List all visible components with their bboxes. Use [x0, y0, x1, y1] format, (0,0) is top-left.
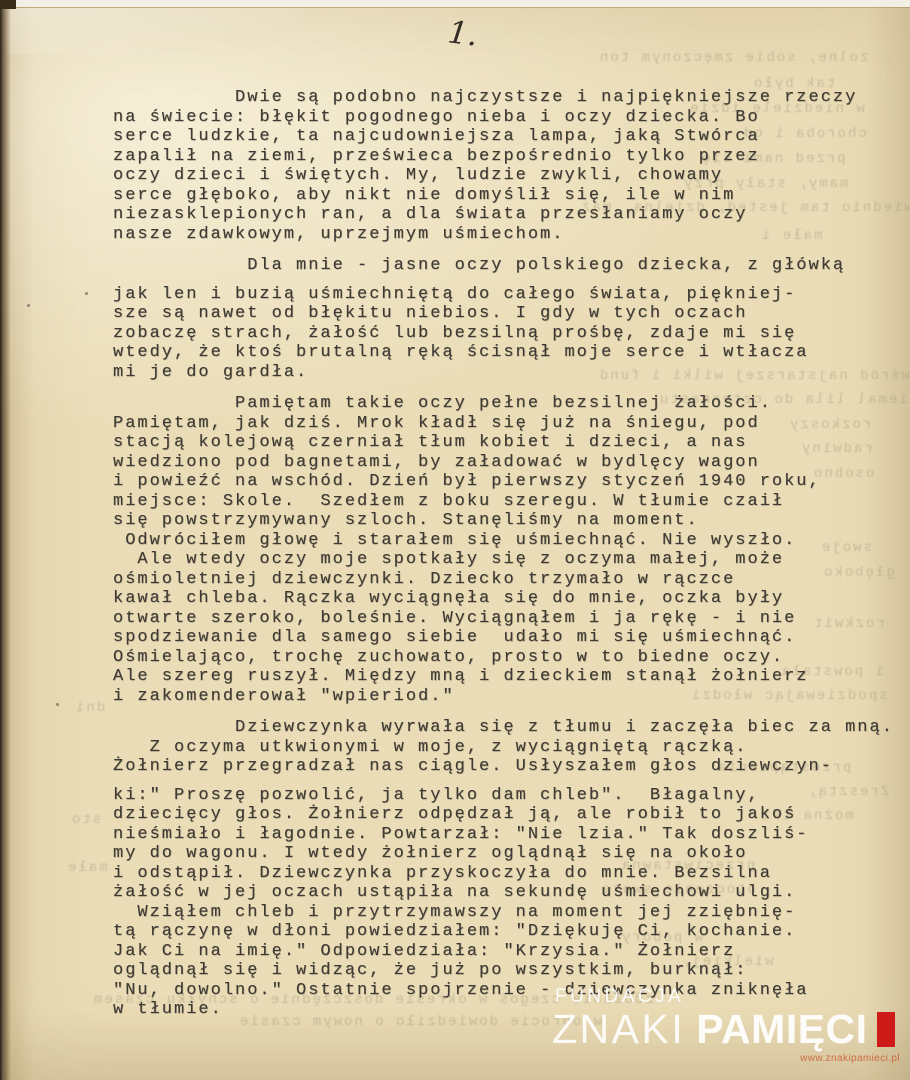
watermark-main-line: ZNAKI PAMIĘCI — [552, 1009, 902, 1050]
text-line: wtedy, że ktoś brutalną ręką ścisnął moj… — [113, 343, 893, 363]
text-line: Wziąłem chleb i przytrzymawszy na moment… — [113, 903, 893, 923]
watermark-red-mark — [877, 1012, 895, 1047]
paragraph: Dla mnie - jasne oczy polskiego dziecka,… — [113, 256, 893, 382]
text-line: tą rączynę w dłoni powiedziałem: "Dzięku… — [113, 922, 893, 942]
text-line: żałość w jej oczach ustąpiła na sekundę … — [113, 883, 893, 903]
paper-speck — [85, 292, 88, 295]
text-line: spodziewanie dla samego siebie udało mi … — [113, 628, 893, 648]
bleed-through-line: małe — [66, 860, 108, 876]
text-line: ki:" Proszę pozwolić, ja tylko dam chleb… — [113, 786, 893, 806]
text-line: otwarte szeroko, boleśnie. Wyciągnąłem i… — [113, 609, 893, 629]
watermark-logo: FUNDACJA ZNAKI PAMIĘCI www.znakipamieci.… — [552, 986, 902, 1064]
text-line: i odstąpił. Dziewczynka przyskoczyła do … — [113, 864, 893, 884]
text-line: Dziewczynka wyrwała się z tłumu i zaczęł… — [113, 718, 893, 738]
text-line: zapalił na ziemi, prześwieca bezpośredni… — [113, 147, 893, 167]
handwritten-page-number: 1. — [446, 14, 480, 53]
bleed-through-line: dni — [74, 700, 105, 716]
text-line: Żołnierz przegradzał nas ciągle. Usłysza… — [113, 757, 893, 777]
text-line: zobaczę strach, żałość lub bezsilną proś… — [113, 324, 893, 344]
text-line: stacją kolejową czerniał tłum kobiet i d… — [113, 433, 893, 453]
text-line: niezasklepionych ran, a dla świata przes… — [113, 205, 893, 225]
text-line: Dla mnie - jasne oczy polskiego dziecka,… — [113, 256, 893, 276]
text-line: Ośmielająco, trochę zuchowato, prosto w … — [113, 648, 893, 668]
text-line: Dwie są podobno najczystsze i najpięknie… — [113, 88, 893, 108]
paper-speck — [56, 703, 59, 706]
text-line: Jak Ci na imię." Odpowiedziała: "Krzysia… — [113, 942, 893, 962]
watermark-fundacja: FUNDACJA — [555, 986, 902, 1008]
text-line: serce głęboko, aby nikt nie domyślił się… — [113, 186, 893, 206]
text-line: sze są nawet od błękitu niebios. I gdy w… — [113, 304, 893, 324]
text-line: i powieźć na wschód. Dzień był pierwszy … — [113, 472, 893, 492]
text-line: się powstrzymywany szloch. Stanęliśmy na… — [113, 511, 893, 531]
bleed-through-line: zolne, sobie zmęczonym ton — [598, 50, 868, 66]
text-line: kawał chleba. Rączka wyciągnęła się do m… — [113, 589, 893, 609]
text-line: Ale wtedy oczy moje spotkały się z oczym… — [113, 550, 893, 570]
text-line: dziecięcy głos. Żołnierz odpędzał ją, al… — [113, 805, 893, 825]
watermark-url: www.znakipamieci.pl — [552, 1053, 902, 1064]
text-line: my do wagonu. I wtedy żołnierz oglądnął … — [113, 844, 893, 864]
text-line: mi je do gardła. — [113, 363, 893, 383]
text-line: oczy dzieci i świętych. My, ludzie zwykl… — [113, 166, 893, 186]
text-line: miejsce: Skole. Szedłem z boku szeregu. … — [113, 492, 893, 512]
text-line: ośmioletniej dziewczynki. Dziecko trzyma… — [113, 570, 893, 590]
text-line: Odwróciłem głowę i starałem się uśmiechn… — [113, 531, 893, 551]
text-line: na świecie: błękit pogodnego nieba i ocz… — [113, 108, 893, 128]
paragraph: Pamiętam takie oczy pełne bezsilnej żało… — [113, 394, 893, 706]
text-line: i zakomenderował "wpieriod." — [113, 687, 893, 707]
text-line: jak len i buzią uśmiechniętą do całego ś… — [113, 285, 893, 305]
paragraph: Dziewczynka wyrwała się z tłumu i zaczęł… — [113, 718, 893, 1020]
text-line: wiedziono pod bagnetami, by załadować w … — [113, 453, 893, 473]
text-line: Pamiętam takie oczy pełne bezsilnej żało… — [113, 394, 893, 414]
watermark-pamieci: PAMIĘCI — [696, 1009, 867, 1050]
text-line: nieśmiało i łagodnie. Powtarzał: "Nie lz… — [113, 825, 893, 845]
text-line: serce ludzkie, ta najcudowniejsza lampa,… — [113, 127, 893, 147]
page-corner-notch — [0, 0, 16, 9]
paper-speck — [27, 304, 30, 307]
text-line: oglądnął się i widząc, że już po wszystk… — [113, 961, 893, 981]
page-spine-shadow — [0, 0, 11, 1080]
paragraph: Dwie są podobno najczystsze i najpięknie… — [113, 88, 893, 244]
text-line: Pamiętam, jak dziś. Mrok kładł się już n… — [113, 414, 893, 434]
typewritten-text: Dwie są podobno najczystsze i najpięknie… — [113, 88, 893, 1032]
text-line: Z oczyma utkwionymi w moje, z wyciągnięt… — [113, 738, 893, 758]
text-line: nasze zdawkowym, uprzejmym uśmiechom. — [113, 225, 893, 245]
bleed-through-line: sto — [70, 812, 101, 828]
text-line: Ale szereg ruszył. Między mną i dzieckie… — [113, 667, 893, 687]
watermark-znaki: ZNAKI — [552, 1009, 685, 1050]
paper-crease-highlight — [4, 8, 304, 54]
